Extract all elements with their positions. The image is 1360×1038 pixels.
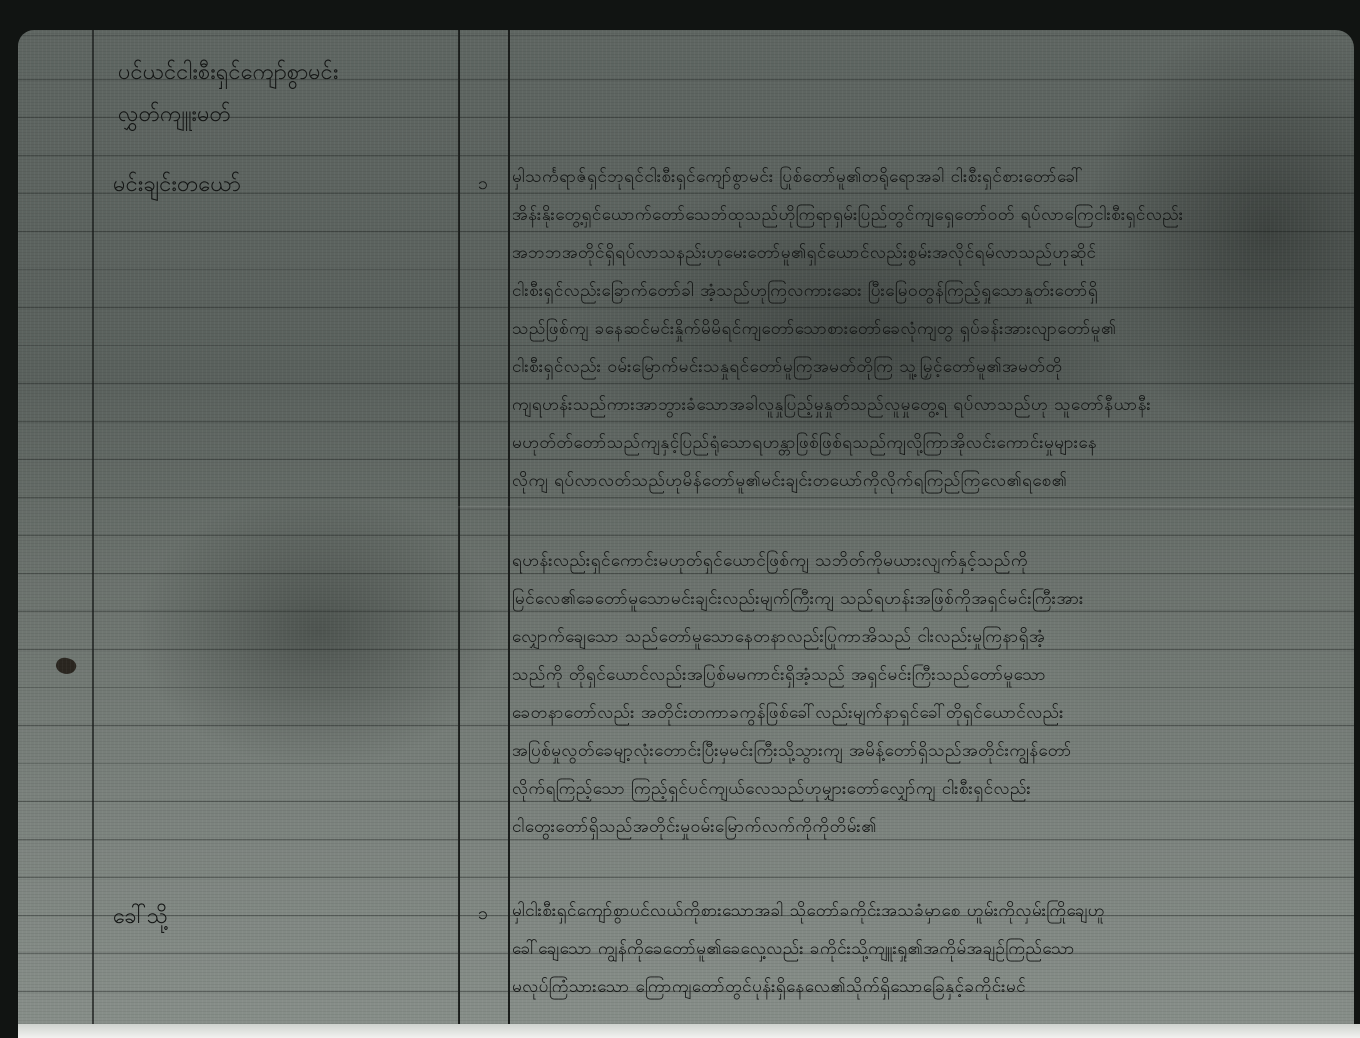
text-line: မြင်လေ၏ခေတော်မူသောမင်းချင်းလည်းမျက်ကြီးက…	[512, 580, 1332, 618]
manuscript-page: ပင်ယင်ငါးစီးရှင်ကျော်စွာမင်း လွှတ်ကျူးမတ…	[18, 30, 1354, 1024]
section-2-numeral: ၁	[478, 902, 488, 926]
paragraph-1: မှါသင်္ကရာဇ်ရှင်ဘုရင်ငါးစီးရှင်ကျော်စွာမ…	[512, 158, 1332, 500]
text-line: ရဟန်းလည်းရှင်ကောင်းမဟုတ်ရှင်ယောင်ဖြစ်ကျ …	[512, 542, 1332, 580]
photo-bottom-edge	[18, 1024, 1360, 1038]
text-line: မလုပ်ကြံသားသော ကြောကျတော်တွင်ပုန်းရှိနေလ…	[512, 968, 1332, 1006]
text-line: အပြစ်မှုလွတ်ခေမျာ့လုံးတောင်းပြီးမှမင်းကြ…	[512, 732, 1332, 770]
text-line: လိုက်ရကြည့်သော ကြည့်ရှင်ပင်ကျယ်လေသည်ဟုမျ…	[512, 770, 1332, 808]
title-line-2: လွှတ်ကျူးမတ်	[118, 100, 231, 130]
text-line: အိန်းနိုးတွေ့ရှင်ယောက်တော်သေဘ်ထုသည်ဟိုကြ…	[512, 196, 1332, 234]
photo-background: ပင်ယင်ငါးစီးရှင်ကျော်စွာမင်း လွှတ်ကျူးမတ…	[0, 0, 1360, 1038]
text-line: ငါးစီးရှင်လည်းခြောက်တော်ခါ အံ့သည်ဟုကြလကာ…	[512, 272, 1332, 310]
text-line: လျှောက်ချေသော သည်တော်မူသောနေတနာလည်းပြုကာ…	[512, 618, 1332, 656]
column-rule	[458, 30, 460, 1024]
text-line: ကျရဟန်းသည်ကားအာဘွားခံသောအခါလူနှုပြည့်မှု…	[512, 386, 1332, 424]
left-margin-rule	[92, 30, 94, 1024]
text-line: သည်ဖြစ်ကျ ခနေဆင်မင်းနှိုက်မိမိရင်ကျတော်သ…	[512, 310, 1332, 348]
paragraph-2: ရဟန်းလည်းရှင်ကောင်းမဟုတ်ရှင်ယောင်ဖြစ်ကျ …	[512, 542, 1332, 846]
text-line: မဟုတ်တ်တော်သည်ကျနှင့်ပြည်ရုံသောရဟန္တာဖြစ…	[512, 424, 1332, 462]
text-line: မှါသင်္ကရာဇ်ရှင်ဘုရင်ငါးစီးရှင်ကျော်စွာမ…	[512, 158, 1332, 196]
text-line: အဘဘအတိုင်ရှိရပ်လာသနည်းဟုမေးတော်မူ၏ရှင်ယေ…	[512, 234, 1332, 272]
title-line-1: ပင်ယင်ငါးစီးရှင်ကျော်စွာမင်း	[118, 58, 338, 88]
page-fold-crease	[458, 506, 1354, 510]
section-1-heading: မင်းချင်းတယော်	[113, 170, 241, 200]
text-line: သည်ကို တိုရှင်ယောင်လည်းအပြစ်မမကာင်းရှိအံ…	[512, 656, 1332, 694]
text-line: ခေတနာတော်လည်း အတိုင်းတကာခကွန်ဖြစ်ခေါ်လည်…	[512, 694, 1332, 732]
section-2-heading: ခေါ်သို့	[113, 902, 168, 932]
text-line: ခေါ်ချေသော ကျွန်ကိုခေတော်မူ၏ခေလှေ့လည်း ခ…	[512, 930, 1332, 968]
text-line: ငါးစီးရှင်လည်း ဝမ်းမြောက်မင်းသနှုရင်တော်…	[512, 348, 1332, 386]
section-1-numeral: ၁	[478, 172, 488, 196]
text-line: လိုကျ ရပ်လာလတ်သည်ဟုမိန်တော်မူ၏မင်းချင်းတ…	[512, 462, 1332, 500]
numeral-column-rule	[508, 30, 510, 1024]
text-line: ငါတွေးတော်ရှိသည်အတိုင်းမှုဝမ်းမြောက်လက်က…	[512, 808, 1332, 846]
paragraph-3: မှါငါးစီးရှင်ကျော်စွာပင်လယ်ကိုစားသောအခါ …	[512, 892, 1332, 1006]
text-line: မှါငါးစီးရှင်ကျော်စွာပင်လယ်ကိုစားသောအခါ …	[512, 892, 1332, 930]
